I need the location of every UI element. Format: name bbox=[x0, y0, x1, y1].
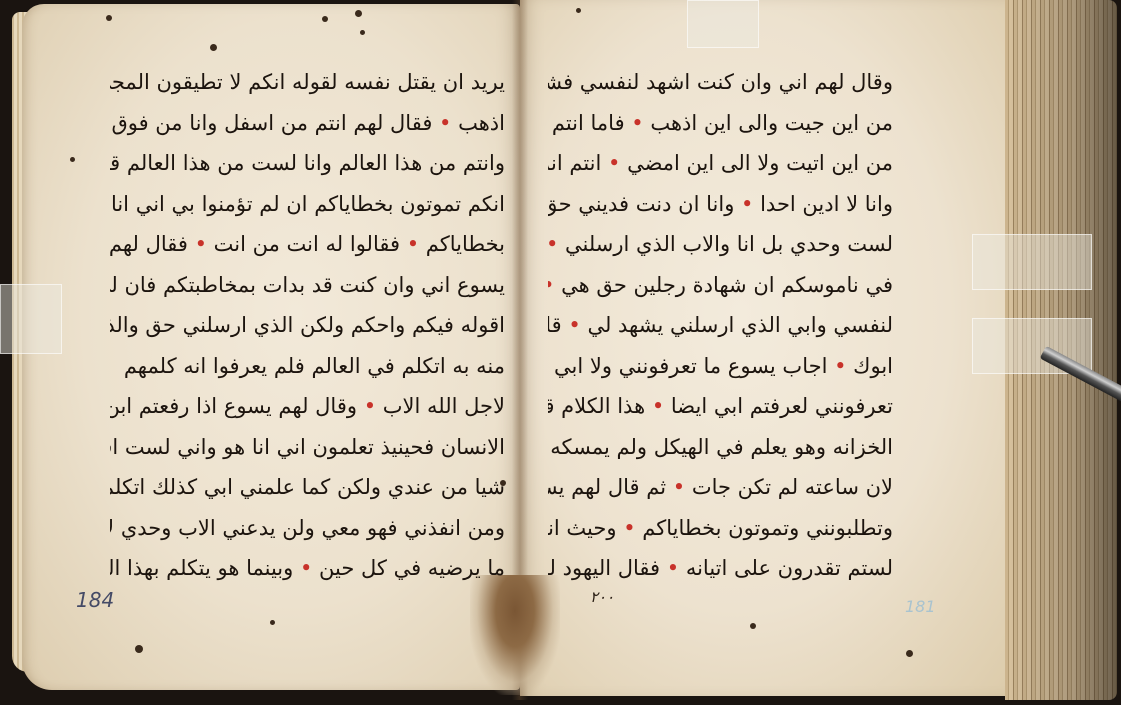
rubric-dot: • bbox=[623, 516, 635, 540]
text-line: وتطلبونني وتموتون بخطاياكم • وحيث انا اذ… bbox=[548, 508, 893, 549]
rubric-dot: • bbox=[834, 354, 846, 378]
text-line: من اين جيت والى اين اذهب • فاما انتم فلا… bbox=[548, 103, 893, 144]
text-line: لاجل الله الاب • وقال لهم يسوع اذا رفعتم… bbox=[110, 386, 505, 427]
rubric-dot: • bbox=[673, 475, 685, 499]
repair-tape-right bbox=[972, 234, 1092, 290]
text-line: ومن انفذني فهو معي ولن يدعني الاب وحدي ل… bbox=[110, 508, 505, 549]
text-line: منه به اتكلم في العالم فلم يعرفوا انه كل… bbox=[110, 346, 505, 387]
rubric-dot: • bbox=[652, 394, 664, 418]
wormhole bbox=[750, 623, 756, 629]
wormhole bbox=[360, 30, 365, 35]
rubric-dot: • bbox=[364, 394, 376, 418]
wormhole bbox=[70, 157, 75, 162]
rubric-dot: • bbox=[548, 232, 558, 256]
text-line: بخطاياكم • فقالوا له انت من انت • فقال ل… bbox=[110, 224, 505, 265]
rubric-dot: • bbox=[300, 556, 312, 580]
text-line: لنفسي وابي الذي ارسلني يشهد لي • قالوا ل… bbox=[548, 305, 893, 346]
rubric-dot: • bbox=[195, 232, 207, 256]
right-page-text: وقال لهم اني وان كنت اشهد لنفسي فشهادتي … bbox=[548, 62, 893, 589]
repair-tape-top bbox=[687, 0, 759, 48]
text-line: اقوله فيكم واحكم ولكن الذي ارسلني حق وال… bbox=[110, 305, 505, 346]
text-line: يسوع اني وان كنت قد بدات بمخاطبتكم فان ل… bbox=[110, 265, 505, 306]
rubric-dot: • bbox=[741, 192, 753, 216]
wormhole bbox=[135, 645, 143, 653]
rubric-dot: • bbox=[568, 313, 580, 337]
rubric-dot: • bbox=[407, 232, 419, 256]
text-line: تعرفونني لعرفتم ابي ايضا • هذا الكلام قا… bbox=[548, 386, 893, 427]
text-line: من اين اتيت ولا الى اين امضي • انتم انما… bbox=[548, 143, 893, 184]
text-line: يريد ان يقتل نفسه لقوله انكم لا تطيقون ا… bbox=[110, 62, 505, 103]
wormhole bbox=[270, 620, 275, 625]
repair-tape-left bbox=[0, 284, 62, 354]
text-line: انكم تموتون بخطاياكم ان لم تؤمنوا بي اني… bbox=[110, 184, 505, 225]
text-line: لان ساعته لم تكن جات • ثم قال لهم يسوع ا… bbox=[548, 467, 893, 508]
text-line: ابوك • اجاب يسوع ما تعرفونني ولا ابي ايض… bbox=[548, 346, 893, 387]
text-line: في ناموسكم ان شهادة رجلين حق هي • انا اش… bbox=[548, 265, 893, 306]
text-line: لستم تقدرون على اتيانه • فقال اليهود لعل… bbox=[548, 548, 893, 589]
rubric-dot: • bbox=[548, 273, 554, 297]
wormhole bbox=[322, 16, 328, 22]
folio-number-right-ink: ٢٠٠ bbox=[590, 588, 614, 606]
rubric-dot: • bbox=[608, 151, 620, 175]
wormhole bbox=[106, 15, 112, 21]
rubric-dot: • bbox=[667, 556, 679, 580]
text-line: وانتم من هذا العالم وانا لست من هذا العا… bbox=[110, 143, 505, 184]
wormhole bbox=[355, 10, 362, 17]
manuscript-photo: يريد ان يقتل نفسه لقوله انكم لا تطيقون ا… bbox=[0, 0, 1121, 705]
left-page-text: يريد ان يقتل نفسه لقوله انكم لا تطيقون ا… bbox=[110, 62, 505, 589]
folio-number-left: 184 bbox=[76, 588, 114, 612]
text-line: وانا لا ادين احدا • وانا ان دنت فديني حق… bbox=[548, 184, 893, 225]
text-line: ما يرضيه في كل حين • وبينما هو يتكلم بهذ… bbox=[110, 548, 505, 589]
text-line: شيا من عندي ولكن كما علمني ابي كذلك اتكل… bbox=[110, 467, 505, 508]
text-line: وقال لهم اني وان كنت اشهد لنفسي فشهادتي … bbox=[548, 62, 893, 103]
wormhole bbox=[576, 8, 581, 13]
rubric-dot: • bbox=[439, 111, 451, 135]
folio-number-right-pencil: 181 bbox=[905, 597, 936, 616]
wormhole bbox=[210, 44, 217, 51]
wormhole bbox=[906, 650, 913, 657]
text-line: اذهب • فقال لهم انتم من اسفل وانا من فوق bbox=[110, 103, 505, 144]
rubric-dot: • bbox=[631, 111, 643, 135]
text-line: الانسان فحينيذ تعلمون اني انا هو واني لس… bbox=[110, 427, 505, 468]
text-line: الخزانه وهو يعلم في الهيكل ولم يمسكه احد bbox=[548, 427, 893, 468]
text-line: لست وحدي بل انا والاب الذي ارسلني • وقد … bbox=[548, 224, 893, 265]
binding-damage bbox=[470, 575, 560, 695]
